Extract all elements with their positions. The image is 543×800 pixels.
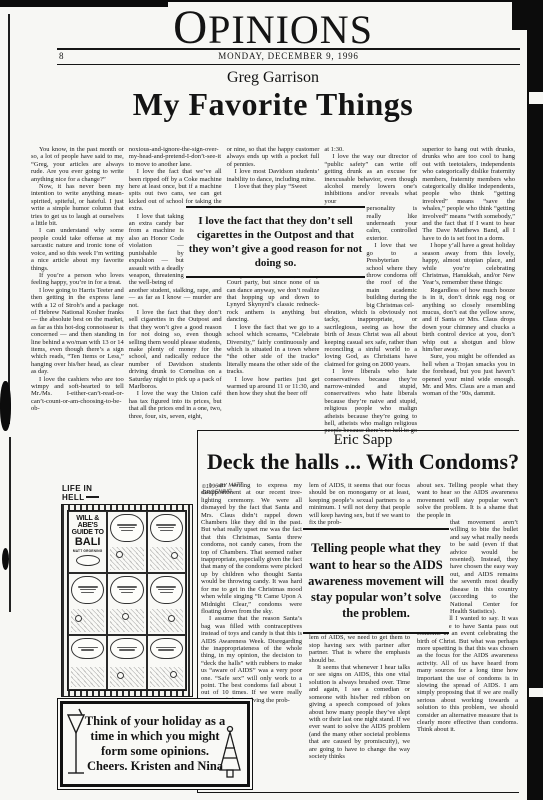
- article-paragraph: Regardless of how much booze is in it, d…: [422, 287, 515, 354]
- garrison-column-5: superior to hang out with drunks, drunks…: [422, 146, 515, 434]
- martini-glass-icon: [65, 707, 87, 783]
- article-paragraph: that movement aren’t willing to bite the…: [450, 519, 518, 615]
- wrap-text-block: I love that taking an extra candy bar fr…: [129, 213, 184, 287]
- article-paragraph: I love the way our director of “public s…: [324, 153, 417, 205]
- masthead-rule-bottom: [57, 64, 520, 65]
- article-paragraph: I love the cashiers who are too wimpy an…: [31, 376, 124, 413]
- comic-title-line2: HELL: [62, 494, 99, 503]
- speech-bubble: [110, 638, 143, 659]
- newspaper-page: OPINIONS 8 MONDAY, DECEMBER 9, 1996 Greg…: [0, 0, 543, 800]
- speech-bubble: [150, 576, 183, 604]
- comic-panel: [68, 635, 107, 690]
- underline-dash: [86, 496, 99, 498]
- article-paragraph: or nine, so that the happy customer alwa…: [227, 146, 320, 168]
- article-paragraph: I love liberals who hate conservatives b…: [324, 368, 417, 434]
- holiday-message-line: time in which you might: [77, 729, 233, 744]
- speech-bubble: [150, 638, 183, 659]
- garrison-column-3: or nine, so that the happy customer alwa…: [227, 146, 320, 434]
- comic-frame: WILL & ABE'S GUIDE TO BALI MATT GROENING: [61, 504, 193, 697]
- comic-credit: ©1996 BY MATT GROENING: [202, 482, 247, 497]
- scan-artifact: [2, 548, 9, 570]
- speech-bubble: [71, 576, 104, 604]
- article-paragraph: at 1:30.: [324, 146, 417, 153]
- article-paragraph: lem of AIDS, we need to get them to stop…: [309, 634, 410, 664]
- comic-art: [71, 667, 104, 687]
- speech-bubble: [71, 638, 104, 659]
- character-head: [170, 671, 177, 678]
- comic-panel-title: BALI: [75, 536, 101, 548]
- character-head: [168, 615, 175, 622]
- speech-bubble: [110, 576, 143, 604]
- comic-panel: [107, 573, 146, 635]
- article-paragraph: I love most Davidson students’ inability…: [227, 168, 320, 183]
- comic-art: [150, 547, 183, 570]
- article-paragraph: noxious-and-ignore-the-sign-over-my-head…: [129, 146, 222, 168]
- article-paragraph: personality is really like underneath yo…: [366, 205, 417, 242]
- comic-panel-byline: MATT GROENING: [73, 549, 102, 553]
- article-paragraph: I love the way the Union café has tax fi…: [129, 390, 222, 420]
- masthead-rule-top: [57, 48, 520, 50]
- article-paragraph: I hope y’all have a great holiday season…: [422, 242, 515, 286]
- comic-panel-title: GUIDE TO: [72, 529, 104, 536]
- scan-artifact: [527, 0, 543, 800]
- speech-bubble: [110, 514, 143, 542]
- article-paragraph: I love that they play “Sweet: [227, 183, 320, 190]
- sapp-pull-quote: Telling people what they want to hear so…: [303, 528, 449, 634]
- date-line: MONDAY, DECEMBER 9, 1996: [57, 51, 520, 61]
- comic-panel: [147, 635, 186, 690]
- character-head: [171, 552, 178, 559]
- article-paragraph: I love how parties just get warmed up ar…: [227, 376, 320, 398]
- character-head: [75, 615, 82, 622]
- section-divider-rule: [197, 430, 519, 431]
- speech-bubble: [76, 555, 100, 566]
- holiday-message-box: Think of your holiday as a time in which…: [57, 698, 253, 790]
- article-paragraph: Sure, you might be offended as hell when…: [422, 353, 515, 397]
- article-paragraph: It seems that whenever I hear talks or s…: [309, 664, 410, 760]
- garrison-headline: My Favorite Things: [31, 86, 515, 123]
- article-paragraph: I am writing to express my disappointmen…: [201, 482, 302, 615]
- article-paragraph: I love the fact that they don’t sell cig…: [129, 309, 222, 390]
- scan-artifact: [529, 688, 543, 697]
- article-paragraph: I love that we go to a Presbyterian scho…: [366, 242, 417, 309]
- comic-panel-title: WILL & ABE'S: [69, 515, 106, 529]
- comic-art: [110, 667, 143, 687]
- article-paragraph: lem of AIDS, it seems that our focus sho…: [309, 482, 410, 526]
- garrison-article-body: You know, in the past month or so, a lot…: [31, 146, 515, 434]
- wrap-text-block: personality is really like underneath yo…: [366, 205, 417, 309]
- comic-strip-title: LIFE IN HELL: [62, 485, 99, 502]
- garrison-column-4: at 1:30. I love the way our director of …: [324, 146, 417, 434]
- article-paragraph: superior to hang out with drunks, drunks…: [422, 146, 515, 242]
- article-paragraph: I assume that the reason Santa’s bag was…: [201, 615, 302, 704]
- comic-art: [150, 667, 183, 687]
- article-paragraph: If you’re a person who loves feeling hap…: [31, 272, 124, 287]
- garrison-pull-quote: I love the fact that they don’t sell cig…: [186, 206, 365, 278]
- article-paragraph: You know, in the past month or so, a lot…: [31, 146, 124, 183]
- scan-artifact: [529, 92, 543, 104]
- holiday-message-line: form some opinions.: [77, 744, 233, 759]
- article-paragraph: I love going to Harris Teeter and then g…: [31, 287, 124, 376]
- comic-panel: [147, 511, 186, 573]
- holiday-message-line: Think of your holiday as a: [77, 714, 233, 729]
- garrison-column-1: You know, in the past month or so, a lot…: [31, 146, 124, 434]
- comic-art: [150, 609, 183, 632]
- sapp-byline: Eric Sapp: [193, 432, 533, 449]
- scan-artifact: [0, 0, 168, 7]
- garrison-byline: Greg Garrison: [31, 69, 515, 87]
- article-paragraph: I love the fact that we go to a school w…: [227, 324, 320, 376]
- comic-panel: [68, 573, 107, 635]
- comic-panel: [107, 511, 146, 573]
- comic-panel: [107, 635, 146, 690]
- holiday-signature: Cheers. Kristen and Nina: [77, 759, 233, 774]
- comic-panel-grid: WILL & ABE'S GUIDE TO BALI MATT GROENING: [67, 510, 187, 691]
- article-paragraph: about sex. Telling people what they want…: [417, 482, 518, 519]
- article-paragraph: I love that taking an extra candy bar fr…: [129, 213, 184, 287]
- article-paragraph: another student, stalking, rape, and — a…: [129, 287, 222, 309]
- masthead-title: OPINIONS: [31, 5, 515, 52]
- holiday-message-box-inner: Think of your holiday as a time in which…: [60, 701, 250, 787]
- christmas-tree-icon: [214, 724, 246, 782]
- scan-artifact: [8, 14, 10, 424]
- article-paragraph: I can understand why some people could t…: [31, 227, 124, 271]
- comic-panel: [147, 573, 186, 635]
- wrap-text-block: that movement aren’t willing to bite the…: [450, 519, 518, 615]
- comic-art: [110, 547, 143, 570]
- article-paragraph: Now, it has never been my intention to w…: [31, 183, 124, 227]
- scan-artifact: [9, 437, 11, 612]
- comic-panel-title-card: WILL & ABE'S GUIDE TO BALI MATT GROENING: [68, 511, 107, 573]
- speech-bubble: [150, 514, 183, 542]
- article-paragraph: ebration, which is obviously not tacky, …: [324, 309, 417, 368]
- garrison-column-2: noxious-and-ignore-the-sign-over-my-head…: [129, 146, 222, 434]
- scan-artifact: [0, 381, 11, 431]
- sapp-headline: Deck the halls ... With Condoms?: [193, 449, 533, 475]
